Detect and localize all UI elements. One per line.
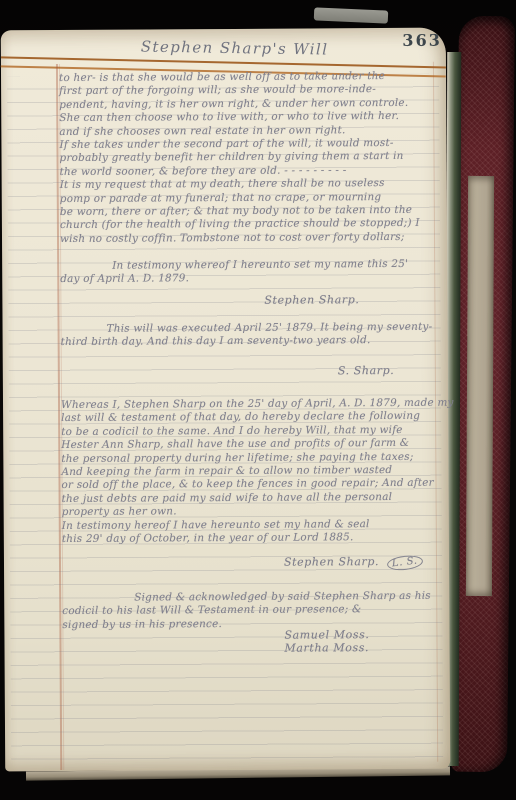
witness-signatures: Samuel Moss.Martha Moss.: [284, 628, 369, 655]
ledger-page: 363 Stephen Sharp's Will to her- is that…: [1, 28, 451, 772]
seal-mark: L. S.: [387, 554, 424, 572]
spine-cloth-strip: [466, 176, 494, 596]
codicil-signature: Stephen Sharp. L. S.: [284, 555, 423, 571]
testimony-block: In testimony whereof I hereunto set my n…: [60, 258, 442, 287]
attestation-block: Signed & acknowledged by said Stephen Sh…: [62, 590, 444, 633]
text-line: She can then choose who to live with, or…: [59, 110, 441, 126]
text-line: the just debts are paid my said wife to …: [62, 490, 444, 506]
signature-s-sharp: S. Sharp.: [338, 364, 395, 377]
codicil-signature-name: Stephen Sharp.: [284, 555, 379, 569]
top-gray-strip: [314, 7, 388, 23]
text-line: In testimony whereof I hereunto set my n…: [60, 258, 442, 274]
text-line: It is my request that at my death, there…: [60, 177, 442, 193]
will-continuation-block: to her- is that she would be as well off…: [59, 70, 442, 246]
execution-note-block: This will was executed April 25' 1879. I…: [61, 321, 443, 350]
text-line: Signed & acknowledged by said Stephen Sh…: [62, 590, 444, 606]
text-line: signed by us in his presence.: [62, 616, 444, 632]
text-line: probably greatly benefit her children by…: [59, 150, 441, 166]
text-line: This will was executed April 25' 1879. I…: [61, 321, 443, 337]
witness-name: Martha Moss.: [284, 642, 369, 656]
photo-background: 363 Stephen Sharp's Will to her- is that…: [0, 0, 516, 800]
signature-stephen-sharp: Stephen Sharp.: [264, 293, 359, 307]
text-line: day of April A. D. 1879.: [60, 271, 442, 287]
text-line: to her- is that she would be as well off…: [59, 70, 441, 86]
page-number: 363: [402, 31, 442, 50]
text-line: this 29' day of October, in the year of …: [62, 531, 444, 547]
codicil-block: Whereas I, Stephen Sharp on the 25' day …: [61, 397, 444, 547]
text-line: wish no costly coffin. Tombstone not to …: [60, 230, 442, 246]
witness-name: Samuel Moss.: [284, 628, 369, 642]
text-line: third birth day. And this day I am seven…: [61, 334, 443, 350]
will-title: Stephen Sharp's Will: [141, 38, 329, 59]
